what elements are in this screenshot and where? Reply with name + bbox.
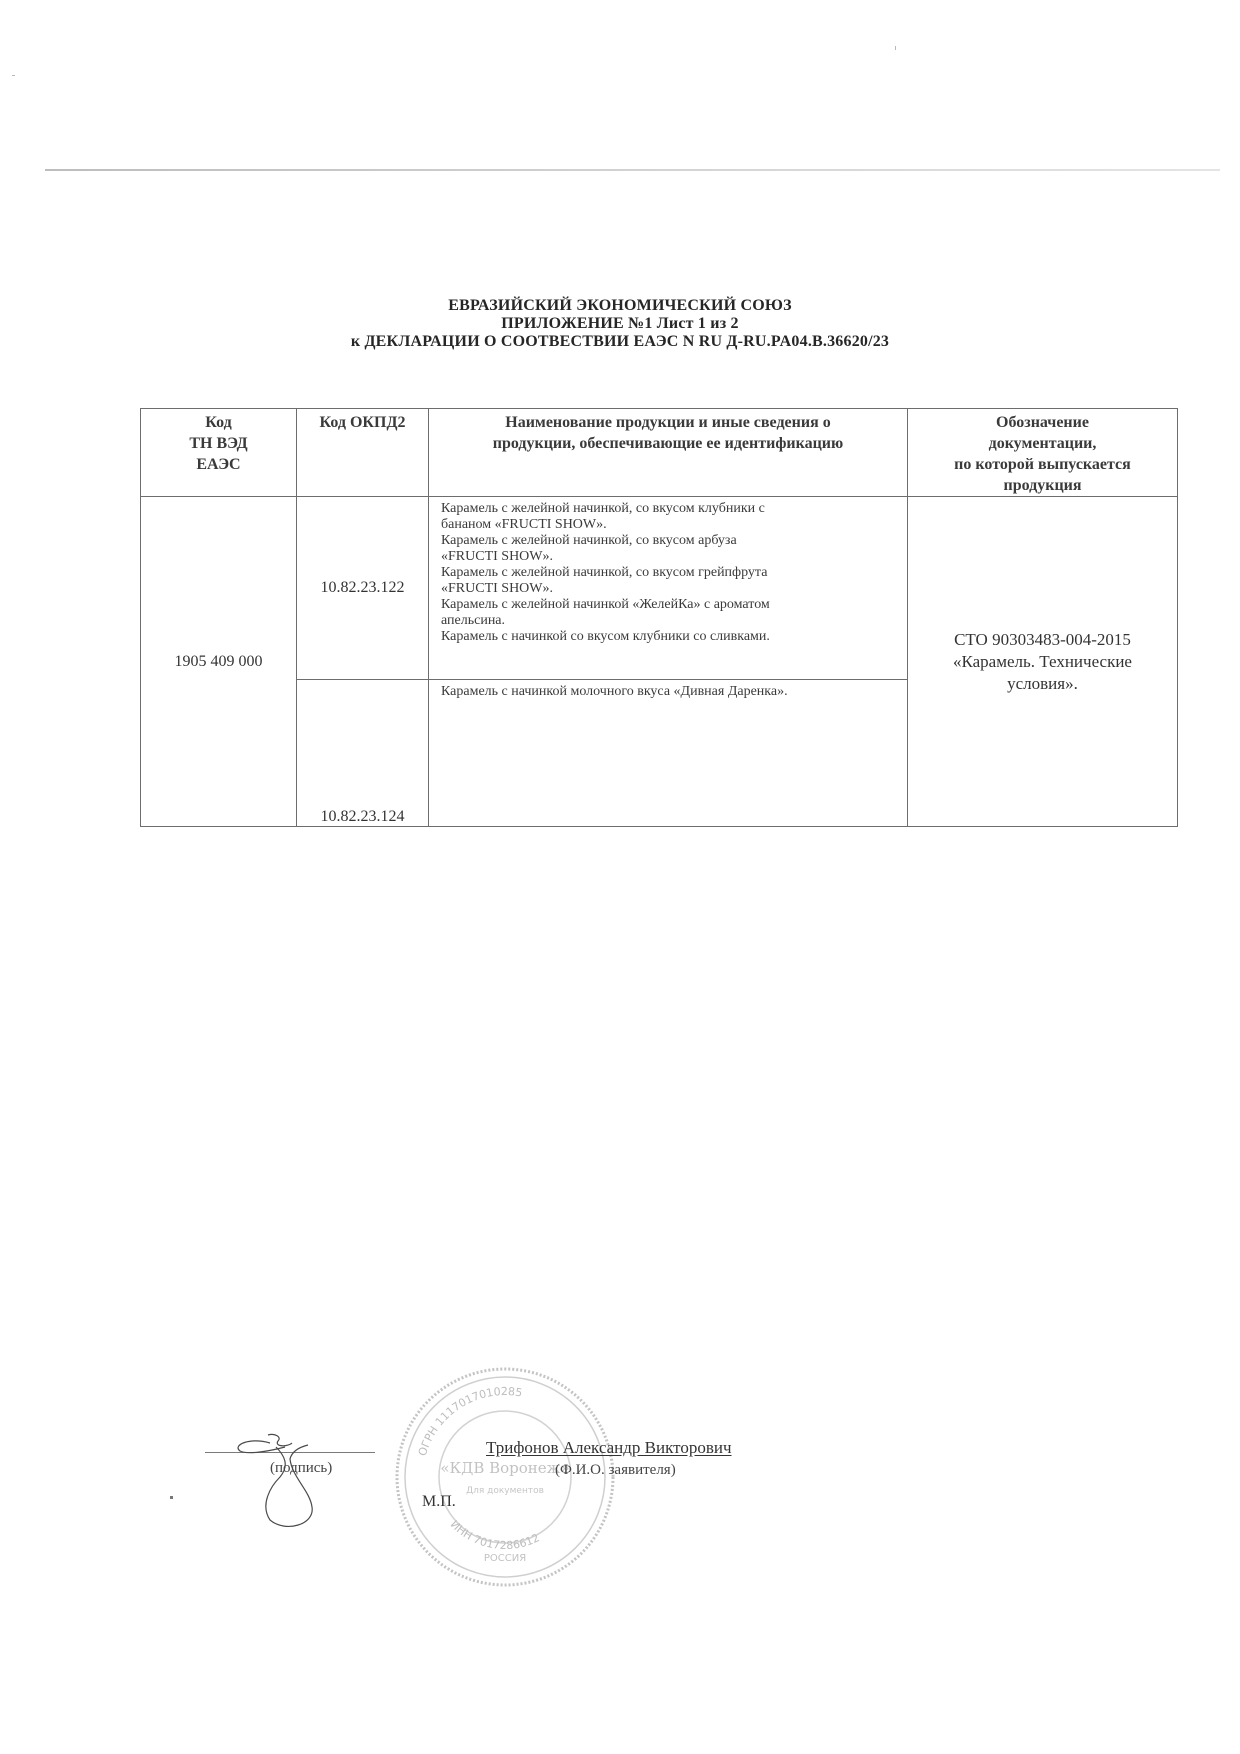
product-line: Карамель с желейной начинкой, со вкусом …	[441, 501, 901, 517]
header-text: продукции, обеспечивающие ее идентификац…	[429, 433, 907, 454]
signature-caption: (подпись)	[270, 1460, 332, 1477]
svg-text:Для документов: Для документов	[466, 1486, 544, 1496]
seal-label: М.П.	[422, 1493, 456, 1511]
svg-text:ИНН 7017286612: ИНН 7017286612	[448, 1518, 542, 1552]
scan-speck	[170, 1496, 173, 1499]
applicant-name: Трифонов Александр Викторович	[486, 1438, 732, 1458]
header-documentation: Обозначение документации, по которой вып…	[908, 409, 1178, 497]
header-text: продукция	[908, 475, 1177, 496]
product-line: апельсина.	[441, 613, 901, 629]
product-line: Карамель с начинкой со вкусом клубники с…	[441, 629, 901, 645]
product-list-cell: Карамель с начинкой молочного вкуса «Див…	[429, 680, 908, 827]
header-text: по которой выпускается	[908, 454, 1177, 475]
scan-speck	[12, 75, 15, 76]
product-line: Карамель с желейной начинкой, со вкусом …	[441, 533, 901, 549]
product-line: Карамель с желейной начинкой, со вкусом …	[441, 565, 901, 581]
scan-speck	[895, 46, 896, 50]
product-line: Карамель с начинкой молочного вкуса «Див…	[441, 684, 901, 700]
product-line: «FRUCTI SHOW».	[441, 549, 901, 565]
header-tn-ved: Код ТН ВЭД ЕАЭС	[141, 409, 297, 497]
applicant-caption: (Ф.И.О. заявителя)	[555, 1462, 676, 1479]
table-header-row: Код ТН ВЭД ЕАЭС Код ОКПД2 Наименование п…	[141, 409, 1178, 497]
header-text: Наименование продукции и иные сведения о	[429, 412, 907, 433]
header-text: ТН ВЭД	[141, 433, 296, 454]
svg-text:«КДВ Воронеж»: «КДВ Воронеж»	[440, 1459, 569, 1477]
product-line: бананом «FRUCTI SHOW».	[441, 517, 901, 533]
header-text: Код	[141, 412, 296, 433]
svg-text:РОССИЯ: РОССИЯ	[484, 1553, 526, 1564]
product-list-cell: Карамель с желейной начинкой, со вкусом …	[429, 497, 908, 680]
standard-line: «Карамель. Технические	[908, 651, 1177, 673]
products-table: Код ТН ВЭД ЕАЭС Код ОКПД2 Наименование п…	[140, 408, 1178, 827]
heading-union: ЕВРАЗИЙСКИЙ ЭКОНОМИЧЕСКИЙ СОЮЗ	[0, 297, 1240, 315]
header-okpd2: Код ОКПД2	[297, 409, 429, 497]
standard-line: условия».	[908, 673, 1177, 695]
standard-line: СТО 90303483-004-2015	[908, 629, 1177, 651]
okpd2-code: 10.82.23.124	[297, 808, 428, 826]
standard-cell: СТО 90303483-004-2015 «Карамель. Техниче…	[908, 497, 1178, 827]
page-top-rule	[45, 169, 1220, 171]
header-text: Код ОКПД2	[297, 412, 428, 433]
header-product-name: Наименование продукции и иные сведения о…	[429, 409, 908, 497]
document-heading: ЕВРАЗИЙСКИЙ ЭКОНОМИЧЕСКИЙ СОЮЗ ПРИЛОЖЕНИ…	[0, 297, 1240, 351]
header-text: Обозначение	[908, 412, 1177, 433]
handwritten-signature-icon	[230, 1425, 360, 1535]
okpd2-code-cell: 10.82.23.124	[297, 680, 429, 827]
okpd2-code-cell: 10.82.23.122	[297, 497, 429, 680]
product-line: Карамель с желейной начинкой «ЖелейКа» с…	[441, 597, 901, 613]
heading-declaration: к ДЕКЛАРАЦИИ О СООТВЕСТВИИ ЕАЭС N RU Д-R…	[0, 333, 1240, 351]
header-text: документации,	[908, 433, 1177, 454]
heading-appendix: ПРИЛОЖЕНИЕ №1 Лист 1 из 2	[0, 315, 1240, 333]
table-row: 1905 409 000 10.82.23.122 Карамель с жел…	[141, 497, 1178, 680]
product-line: «FRUCTI SHOW».	[441, 581, 901, 597]
tn-ved-code-cell: 1905 409 000	[141, 497, 297, 827]
header-text: ЕАЭС	[141, 454, 296, 475]
